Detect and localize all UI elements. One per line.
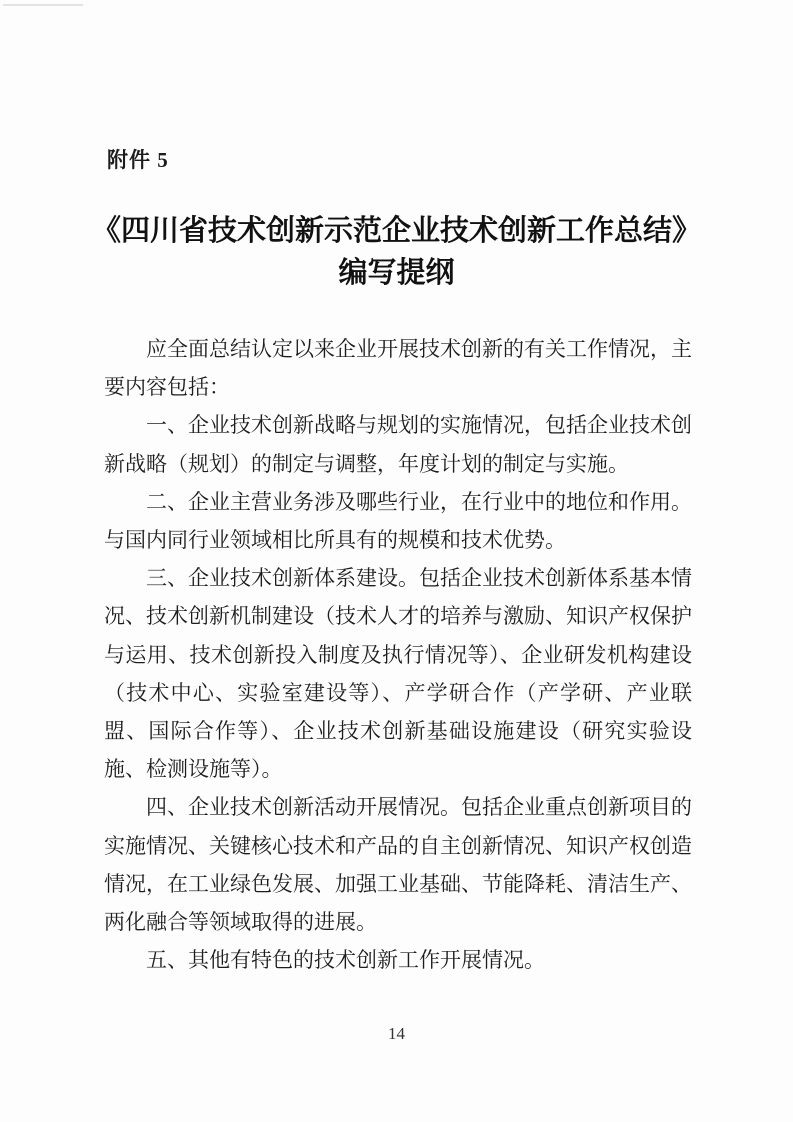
document-title: 《四川省技术创新示范企业技术创新工作总结》 编写提纲	[40, 210, 753, 294]
document-title-line1: 《四川省技术创新示范企业技术创新工作总结》	[40, 210, 753, 252]
paragraph-item-3: 三、企业技术创新体系建设。包括企业技术创新体系基本情况、技术创新机制建设（技术人…	[104, 559, 692, 788]
paragraph-intro: 应全面总结认定以来企业开展技术创新的有关工作情况，主要内容包括：	[104, 330, 692, 406]
page-number: 14	[388, 1024, 405, 1043]
paragraph-item-5: 五、其他有特色的技术创新工作开展情况。	[104, 941, 692, 979]
document-title-line2: 编写提纲	[40, 252, 753, 294]
page-footer: 14	[0, 1024, 793, 1044]
scan-artifact-line	[3, 4, 83, 6]
document-body: 应全面总结认定以来企业开展技术创新的有关工作情况，主要内容包括： 一、企业技术创…	[104, 330, 692, 979]
attachment-label: 附件 5	[107, 144, 169, 174]
paragraph-item-1: 一、企业技术创新战略与规划的实施情况，包括企业技术创新战略（规划）的制定与调整，…	[104, 406, 692, 482]
paragraph-item-4: 四、企业技术创新活动开展情况。包括企业重点创新项目的实施情况、关键核心技术和产品…	[104, 788, 692, 941]
paragraph-item-2: 二、企业主营业务涉及哪些行业，在行业中的地位和作用。与国内同行业领域相比所具有的…	[104, 483, 692, 559]
document-page: 附件 5 《四川省技术创新示范企业技术创新工作总结》 编写提纲 应全面总结认定以…	[0, 0, 793, 1122]
